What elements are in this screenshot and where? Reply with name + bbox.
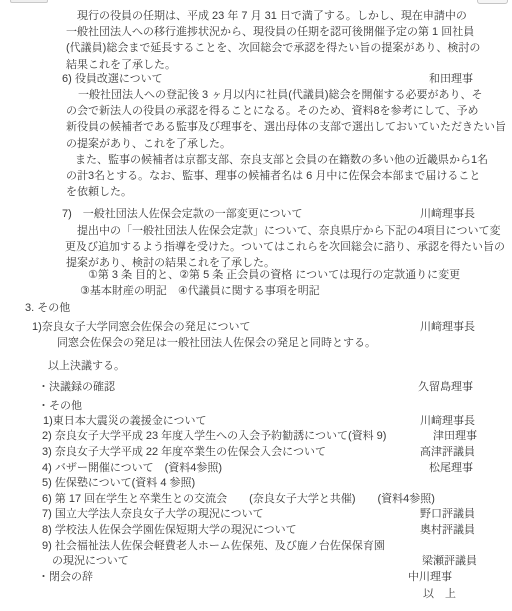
text-line: 8) 学校法人佐保会学園佐保短期大学の現況について	[42, 524, 297, 536]
text-row: の提案があり、これを了承した。	[0, 136, 512, 152]
text-line: 6) 第 17 回在学生と卒業生との交流会 (奈良女子大学と共催) (資料4参照…	[42, 493, 435, 505]
paragraph-section-3-item-1-body: 同窓会佐保会の発足は一般社団法人佐保会の発足と同時とする。	[0, 335, 512, 351]
resolution-statement: 以上決議する。	[0, 358, 512, 374]
text-line: ③基本財産の明記 ④代議員に関する事項を明記	[80, 285, 320, 297]
attendee-name: 川﨑理事長	[420, 414, 475, 430]
text-row: ①第 3 条 目的と、②第 5 条 正会員の資格 については現行の定款通りに変更	[0, 267, 512, 283]
bullet-other: ・その他	[0, 398, 512, 414]
attendee-name: 和田理事	[429, 71, 473, 87]
agenda-item-6: 6) 役員改選について和田理事	[0, 71, 512, 87]
text-line: ・閉会の辞	[38, 571, 93, 583]
text-row: 8) 学校法人佐保会学園佐保短期大学の現況について奥村評議員	[0, 523, 512, 539]
attendee-name: 久留島理事	[418, 379, 473, 395]
text-line: 新役員の候補者である監事及び理事を、選出母体の支部で選出しておいていただきたい旨	[66, 121, 506, 133]
attendee-name: 松尾理事	[429, 461, 473, 477]
text-line: また、監事の候補者は京都支部、奈良支部と会員の在籍数の多い他の近畿県から1名	[75, 154, 488, 166]
text-line: 4) バザー開催について (資料4参照)	[42, 462, 222, 474]
bullet-minutes-confirmation: ・決議録の確認久留島理事	[0, 379, 512, 395]
text-row: 5) 佐保塾について(資料 4 参照)	[0, 476, 512, 492]
text-line: 7) 国立大学法人奈良女子大学の現況について	[42, 508, 264, 520]
text-line: の現況について	[52, 555, 129, 567]
text-line: 6) 役員改選について	[62, 73, 163, 85]
text-line: 3. その他	[25, 302, 70, 314]
text-line: を依頼した。	[66, 186, 132, 198]
text-line: 2) 奈良女子大学平成 23 年度入学生への入会予約勧誘について(資料 9)	[42, 430, 386, 442]
text-row: 7) 国立大学法人奈良女子大学の現況について野口評議員	[0, 507, 512, 523]
text-line: 1)奈良女子大学同窓会佐保会の発足について	[32, 321, 251, 333]
bullet-closing-address: ・閉会の辞中川理事	[0, 570, 512, 586]
text-line: 現行の役員の任期は、平成 23 年 7 月 31 日で満了する。しかし、現在申請…	[77, 10, 467, 22]
document-body: 現行の役員の任期は、平成 23 年 7 月 31 日で満了する。しかし、現在申請…	[0, 0, 512, 587]
text-row: 6) 役員改選について和田理事	[0, 71, 512, 87]
other-items-list: 1)東日本大震災の義援金について川﨑理事長2) 奈良女子大学平成 23 年度入学…	[0, 414, 512, 570]
agenda-item-7: 7) 一般社団法人佐保会定款の一部変更について川﨑理事長	[0, 206, 512, 222]
paragraph-item-6-body-2: また、監事の候補者は京都支部、奈良支部と会員の在籍数の多い他の近畿県から1名の計…	[0, 152, 512, 201]
attendee-name: 高津評議員	[420, 445, 475, 461]
text-line: 同窓会佐保会の発足は一般社団法人佐保会の発足と同時とする。	[57, 337, 376, 349]
text-row: の現況について梁瀬評議員	[0, 554, 512, 570]
text-row: 新役員の候補者である監事及び理事を、選出母体の支部で選出しておいていただきたい旨	[0, 119, 512, 135]
text-row: 提出中の「一般社団法人佐保会定款」について、奈良県庁から下記の4項目について変	[0, 223, 512, 239]
text-row: ・決議録の確認久留島理事	[0, 379, 512, 395]
text-row: 2) 奈良女子大学平成 23 年度入学生への入会予約勧誘について(資料 9)津田…	[0, 429, 512, 445]
text-line: 以上決議する。	[48, 360, 125, 372]
text-row: 3) 奈良女子大学平成 22 年度卒業生の佐保会入会について高津評議員	[0, 445, 512, 461]
attendee-name: 梁瀬評議員	[422, 554, 477, 570]
section-3-item-1: 1)奈良女子大学同窓会佐保会の発足について川﨑理事長	[0, 319, 512, 335]
text-line: (代議員)総会まで延長することを、次回総会で承認を得たい旨の提案があり、検討の	[66, 42, 480, 54]
text-row: 6) 第 17 回在学生と卒業生との交流会 (奈良女子大学と共催) (資料4参照…	[0, 492, 512, 508]
text-row: 以上決議する。	[0, 358, 512, 374]
text-line: 結果これを了承した。	[66, 59, 176, 71]
text-line: 提出中の「一般社団法人佐保会定款」について、奈良県庁から下記の4項目について変	[77, 225, 500, 237]
text-row: 9) 社会福祉法人佐保会軽費老人ホーム佐保苑、及び鹿ノ台佐保保育園	[0, 539, 512, 555]
text-row: の計3名とする。なお、監事、理事の候補者名は 6 月中に佐保会本部まで届けること	[0, 168, 512, 184]
paragraph-item-7-body: 提出中の「一般社団法人佐保会定款」について、奈良県庁から下記の4項目について変更…	[0, 223, 512, 272]
text-row: 7) 一般社団法人佐保会定款の一部変更について川﨑理事長	[0, 206, 512, 222]
text-line: ・その他	[38, 400, 82, 412]
text-row: (代議員)総会まで延長することを、次回総会で承認を得たい旨の提案があり、検討の	[0, 40, 512, 56]
text-row: ・閉会の辞中川理事	[0, 570, 512, 586]
paragraph-term-of-office: 現行の役員の任期は、平成 23 年 7 月 31 日で満了する。しかし、現在申請…	[0, 8, 512, 73]
text-line: 3) 奈良女子大学平成 22 年度卒業生の佐保会入会について	[42, 446, 326, 458]
text-row: 一般社団法人への登記後 3 ヶ月以内に社員(代議員)総会を開催する必要があり、そ	[0, 87, 512, 103]
text-row: ③基本財産の明記 ④代議員に関する事項を明記	[0, 283, 512, 299]
text-row: 1)奈良女子大学同窓会佐保会の発足について川﨑理事長	[0, 319, 512, 335]
meeting-minutes-page: 現行の役員の任期は、平成 23 年 7 月 31 日で満了する。しかし、現在申請…	[0, 0, 512, 611]
text-line: 5) 佐保塾について(資料 4 参照)	[42, 477, 195, 489]
text-row: 更及び追加するよう指導を受けた。ついてはこれらを次回総会に諮り、承認を得たい旨の	[0, 239, 512, 255]
paragraph-item-6-body: 一般社団法人への登記後 3 ヶ月以内に社員(代議員)総会を開催する必要があり、そ…	[0, 87, 512, 152]
text-row: 一般社団法人への移行進捗状況から、現役員の任期を認可後開催予定の第 1 回社員	[0, 24, 512, 40]
text-row: 同窓会佐保会の発足は一般社団法人佐保会の発足と同時とする。	[0, 335, 512, 351]
attendee-name: 中川理事	[408, 570, 452, 586]
attendee-name: 川﨑理事長	[420, 319, 475, 335]
text-line: 一般社団法人への登記後 3 ヶ月以内に社員(代議員)総会を開催する必要があり、そ	[78, 89, 483, 101]
text-line: 9) 社会福祉法人佐保会軽費老人ホーム佐保苑、及び鹿ノ台佐保保育園	[42, 540, 385, 552]
text-line: の会で新法人の役員の承認を得ることになる。そのため、資料8を参考にして、予め	[66, 105, 478, 117]
text-line: 更及び追加するよう指導を受けた。ついてはこれらを次回総会に諮り、承認を得たい旨の	[65, 241, 505, 253]
text-row: 4) バザー開催について (資料4参照)松尾理事	[0, 461, 512, 477]
text-row: を依頼した。	[0, 184, 512, 200]
text-line: の計3名とする。なお、監事、理事の候補者名は 6 月中に佐保会本部まで届けること	[66, 170, 480, 182]
text-row: ・その他	[0, 398, 512, 414]
text-line: 1)東日本大震災の義援金について	[43, 415, 207, 427]
text-line: ・決議録の確認	[38, 381, 115, 393]
text-line: ①第 3 条 目的と、②第 5 条 正会員の資格 については現行の定款通りに変更	[88, 269, 460, 281]
text-row: また、監事の候補者は京都支部、奈良支部と会員の在籍数の多い他の近畿県から1名	[0, 152, 512, 168]
section-3-other: 3. その他	[0, 300, 512, 316]
attendee-name: 以 上	[423, 587, 456, 603]
text-row: 3. その他	[0, 300, 512, 316]
text-row: 現行の役員の任期は、平成 23 年 7 月 31 日で満了する。しかし、現在申請…	[0, 8, 512, 24]
attendee-name: 野口評議員	[420, 507, 475, 523]
text-line: 一般社団法人への移行進捗状況から、現役員の任期を認可後開催予定の第 1 回社員	[66, 26, 474, 38]
text-line: 7) 一般社団法人佐保会定款の一部変更について	[62, 208, 303, 220]
attendee-name: 奥村評議員	[420, 523, 475, 539]
attendee-name: 津田理事	[433, 429, 477, 445]
text-line: の提案があり、これを了承した。	[66, 138, 231, 150]
attendee-name: 川﨑理事長	[420, 206, 475, 222]
paragraph-item-7-sublist: ①第 3 条 目的と、②第 5 条 正会員の資格 については現行の定款通りに変更…	[0, 267, 512, 299]
text-row: の会で新法人の役員の承認を得ることになる。そのため、資料8を参考にして、予め	[0, 103, 512, 119]
text-row: 1)東日本大震災の義援金について川﨑理事長	[0, 414, 512, 430]
